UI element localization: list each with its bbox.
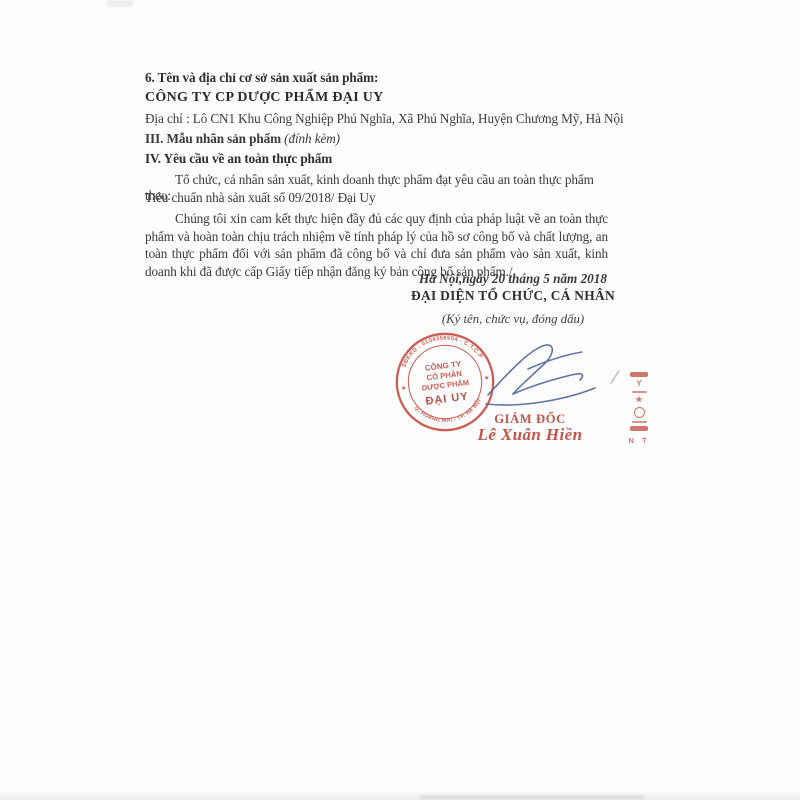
edge-stamp-bottom-bar bbox=[630, 426, 648, 431]
edge-stamp-line bbox=[632, 391, 647, 393]
stamp-star-left-icon: ★ bbox=[400, 385, 406, 393]
signature-stroke-main bbox=[488, 345, 552, 395]
representative-heading: ĐẠI DIỆN TỔ CHỨC, CÁ NHÂN bbox=[380, 288, 646, 304]
edge-stamp-emblem-icon bbox=[634, 407, 645, 418]
document-photo: 6. Tên và địa chỉ cơ sở sản xuất sản phẩ… bbox=[0, 0, 800, 800]
date-line: Hà Nội,ngày 20 tháng 5 năm 2018 bbox=[380, 271, 646, 287]
director-name: Lê Xuân Hiền bbox=[438, 425, 622, 445]
sign-instruction: (Ký tên, chức vụ, đóng dấu) bbox=[380, 312, 646, 327]
section-6-heading: 6. Tên và địa chỉ cơ sở sản xuất sản phẩ… bbox=[145, 70, 378, 86]
edge-stamp-star-icon: ★ bbox=[635, 396, 642, 404]
commitment-paragraph: Chúng tôi xin cam kết thực hiện đầy đủ c… bbox=[145, 193, 608, 280]
section-3-label: III. Mẫu nhãn sản phẩm bbox=[145, 131, 281, 146]
edge-stamp-glyph-bottom: N T bbox=[628, 436, 649, 445]
signature-stroke-underline bbox=[486, 388, 595, 405]
page-bottom-shadow bbox=[0, 790, 800, 800]
manufacturer-address: Địa chỉ : Lô CN1 Khu Công Nghiệp Phú Ngh… bbox=[145, 111, 624, 127]
edge-stamp-top-bar bbox=[630, 372, 648, 377]
stamp-center-line4: ĐẠI UY bbox=[425, 391, 469, 408]
edge-stamp-glyph-top: Y bbox=[636, 380, 641, 388]
handwritten-signature bbox=[468, 333, 613, 418]
section-4-heading: IV. Yêu cầu về an toàn thực phẩm bbox=[145, 151, 332, 167]
signature-stroke-cross bbox=[528, 352, 582, 369]
photo-smudge-top bbox=[106, 0, 134, 7]
section-3-heading: III. Mẫu nhãn sản phẩm (đính kèm) bbox=[145, 131, 340, 147]
manufacturer-company-name: CÔNG TY CP DƯỢC PHẨM ĐẠI UY bbox=[145, 90, 384, 106]
edge-stamp-line bbox=[632, 421, 647, 423]
section-3-note: (đính kèm) bbox=[284, 131, 340, 146]
edge-partial-stamp: Y ★ N T bbox=[627, 372, 651, 470]
